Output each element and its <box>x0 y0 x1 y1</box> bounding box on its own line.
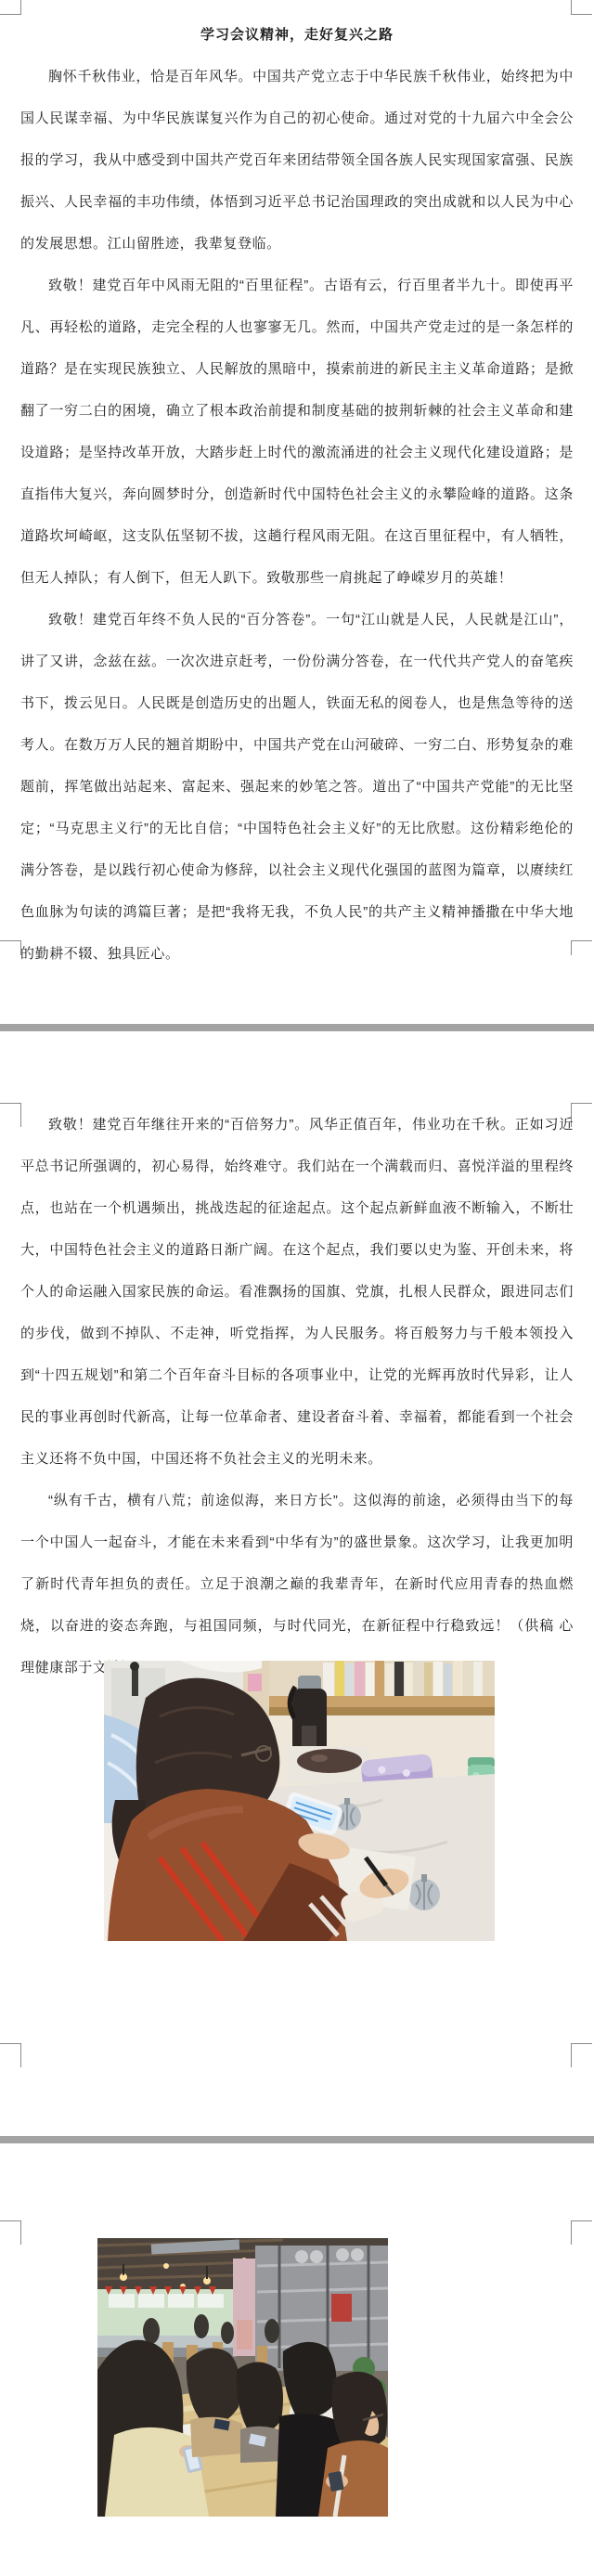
shelf-board <box>243 1696 495 1707</box>
crop-mark-top-right <box>571 1103 592 1127</box>
page-separator <box>0 1024 594 1031</box>
crop-mark-top-left <box>0 0 21 15</box>
crop-mark-bottom-right <box>571 940 592 955</box>
crop-mark-bottom-left <box>0 2043 21 2067</box>
page-1: 学习会议精神，走好复兴之路 胸怀千秋伟业，恰是百年风华。中国共产党立志于中华民族… <box>0 0 594 1024</box>
paragraph-4: 致敬！建党百年继往开来的“百倍努力”。风华正值百年，伟业功在千秋。正如习近平总书… <box>20 1104 574 1480</box>
student-writing-at-desk-photo <box>104 1661 495 1941</box>
student-2 <box>187 2349 244 2457</box>
page-2: 致敬！建党百年继往开来的“百倍努力”。风华正值百年，伟业功在千秋。正如习近平总书… <box>0 1031 594 2136</box>
students-cafeteria-image <box>97 2238 388 2517</box>
paragraph-5: “纵有千古，横有八荒；前途似海，来日方长”。这似海的前途，必须得由当下的每一个中… <box>20 1480 574 1689</box>
student-writing-at-desk-image <box>104 1661 495 1941</box>
page-1-text: 学习会议精神，走好复兴之路 胸怀千秋伟业，恰是百年风华。中国共产党立志于中华民族… <box>20 14 574 975</box>
paragraph-3: 致敬！建党百年终不负人民的“百分答卷”。一句“江山就是人民，人民就是江山”，讲了… <box>20 599 574 975</box>
paragraph-2: 致敬！建党百年中风雨无阻的“百里征程”。古语有云，行百里者半九十。即使再平凡、再… <box>20 265 574 599</box>
crop-mark-top-right <box>571 0 592 15</box>
document-print-preview: { "doc": { "title": "学习会议精神，走好复兴之路", "pa… <box>0 0 594 2576</box>
crop-mark-top-left <box>0 2220 21 2245</box>
crop-mark-top-left <box>0 1103 21 1127</box>
books-on-shelf <box>323 1661 483 1696</box>
document-title: 学习会议精神，走好复兴之路 <box>20 14 574 56</box>
crop-mark-top-right <box>571 2220 592 2245</box>
crop-mark-bottom-left <box>0 940 21 955</box>
glasses-case <box>297 1749 362 1773</box>
page-2-text: 致敬！建党百年继往开来的“百倍努力”。风华正值百年，伟业功在千秋。正如习近平总书… <box>20 1104 574 1689</box>
page-separator <box>0 2136 594 2143</box>
paragraph-1: 胸怀千秋伟业，恰是百年风华。中国共产党立志于中华民族千秋伟业，始终把为中国人民谋… <box>20 56 574 265</box>
page-3 <box>0 2143 594 2576</box>
crop-mark-bottom-right <box>571 2043 592 2067</box>
students-cafeteria-phones-photo <box>97 2238 388 2517</box>
